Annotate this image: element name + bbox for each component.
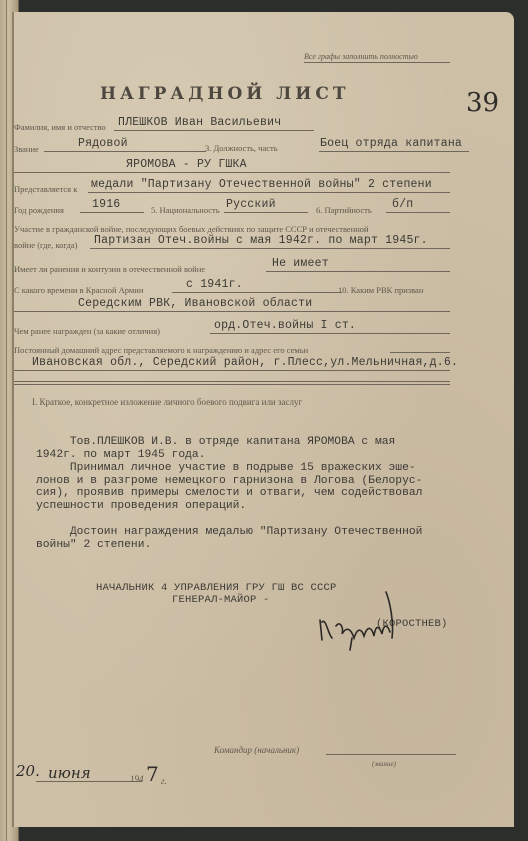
handwritten-signature — [314, 582, 404, 652]
value-home-address: Ивановская обл., Середский район, г.Плес… — [32, 356, 458, 369]
commander-signature-line — [326, 754, 456, 755]
value-nationality: Русский — [226, 198, 276, 211]
underline — [88, 192, 450, 193]
value-wounds: Не имеет — [272, 257, 329, 270]
underline — [386, 212, 450, 213]
date-underline — [36, 781, 142, 782]
fill-all-note: Все графы заполнить полностью — [304, 52, 418, 61]
label-prior-awards: Чем ранее награжден (за какие отличия) — [14, 326, 160, 336]
value-birth-year: 1916 — [92, 198, 120, 211]
year-unit: г. — [161, 776, 167, 786]
date-day-handwritten: 20. — [16, 762, 40, 780]
label-nationality: 5. Национальность — [151, 205, 220, 215]
value-full-name: ПЛЕШКОВ Иван Васильевич — [118, 116, 281, 129]
value-prior-awards: орд.Отеч.войны I ст. — [214, 319, 356, 332]
document-title: НАГРАДНОЙ ЛИСТ — [100, 84, 350, 104]
signatory-title: НАЧАЛЬНИК 4 УПРАВЛЕНИЯ ГРУ ГШ ВС СССР — [96, 582, 337, 594]
label-rank: Звание — [14, 144, 39, 154]
underline — [319, 151, 469, 152]
value-army-since: с 1941г. — [186, 278, 243, 291]
year-prefix: 194 — [130, 774, 144, 784]
underline — [80, 212, 144, 213]
underline — [210, 333, 450, 334]
value-nominated-for: медали "Партизану Отечественной войны" 2… — [91, 178, 432, 191]
commander-label: Командир (начальник) — [214, 745, 299, 755]
feat-paragraph-3: Достоин награждения медалью "Партизану О… — [36, 526, 422, 551]
label-home-address: Постоянный домашний адрес представляемог… — [14, 345, 308, 355]
label-wounds: Имеет ли ранения и контузии в отечествен… — [14, 264, 205, 274]
year-suffix-handwritten: 7 — [146, 762, 159, 786]
underline — [14, 311, 450, 312]
section-divider — [14, 381, 450, 382]
rank-caption: (звание) — [372, 760, 396, 768]
section-divider — [14, 384, 450, 385]
underline — [114, 130, 314, 131]
binding-stitch — [6, 0, 7, 841]
signatory-rank: ГЕНЕРАЛ-МАЙОР - — [172, 594, 270, 606]
section-heading-feat: I. Краткое, конкретное изложение личного… — [32, 397, 302, 407]
label-draft-office: 10. Каким РВК призван — [338, 285, 423, 295]
underline — [44, 151, 206, 152]
label-army-since: С какого времени в Красной Армии — [14, 285, 143, 295]
underline — [14, 370, 450, 371]
label-nominated-for: Представляется к — [14, 184, 77, 194]
underline — [172, 292, 342, 293]
note-underline — [304, 62, 450, 63]
value-position: Боец отряда капитана — [320, 137, 462, 150]
underline — [390, 352, 450, 353]
label-party: 6. Партийность — [316, 205, 372, 215]
underline — [14, 172, 450, 173]
label-birth-year: Год рождения — [14, 205, 64, 215]
value-party: б/п — [392, 198, 413, 211]
value-rank: Рядовой — [78, 137, 128, 150]
label-position: 3. Должность, часть — [205, 143, 278, 153]
value-participation: Партизан Отеч.войны с мая 1942г. по март… — [94, 234, 428, 247]
label-full-name: Фамилия, имя и отчество — [14, 122, 106, 132]
feat-paragraph-2: Принимал личное участие в подрыве 15 вра… — [36, 462, 422, 512]
label-participation-where: войне (где, когда) — [14, 240, 77, 250]
date-month-handwritten: июня — [48, 764, 91, 782]
value-position-cont: ЯРОМОВА - РУ ГШКА — [126, 158, 247, 171]
label-participation: Участие в гражданской войне, последующих… — [14, 224, 369, 234]
award-sheet-page: Все графы заполнить полностью НАГРАДНОЙ … — [14, 12, 514, 827]
feat-paragraph-1: Тов.ПЛЕШКОВ И.В. в отряде капитана ЯРОМО… — [36, 436, 395, 461]
underline — [90, 248, 450, 249]
page-number-handwritten: 39 — [466, 88, 499, 118]
underline — [224, 212, 308, 213]
underline — [266, 271, 450, 272]
value-draft-office: Середским РВК, Ивановской области — [78, 297, 312, 310]
